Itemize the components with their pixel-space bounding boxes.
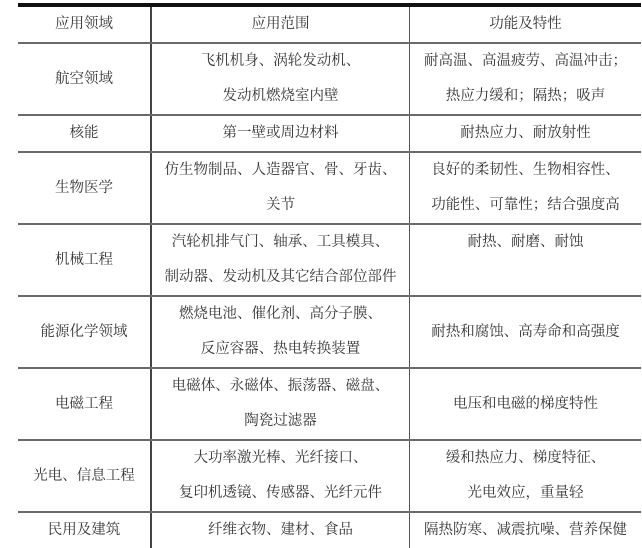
scope-cell: 电磁体、永磁体、振荡器、磁盘、 陶瓷过滤器 [151, 368, 410, 440]
field-cell: 核能 [18, 115, 151, 152]
table-header-row: 应用领域 应用范围 功能及特性 [18, 5, 641, 43]
scope-cell: 汽轮机排气门、轴承、工具模具、 制动器、发动机及其它结合部位部件 [151, 224, 410, 296]
features-cell: 隔热防寒、减震抗噪、营养保健 [410, 512, 642, 548]
features-cell: 耐高温、高温疲劳、高温冲击； 热应力缓和；隔热；吸声 [410, 43, 642, 115]
features-cell: 良好的柔韧性、生物相容性、 功能性、可靠性；结合强度高 [410, 152, 642, 224]
field-cell: 生物医学 [18, 152, 151, 224]
features-cell: 耐热、耐磨、耐蚀 [410, 224, 642, 296]
applications-table: 应用领域 应用范围 功能及特性 航空领域 飞机机身、涡轮发动机、 发动机燃烧室内… [18, 3, 641, 548]
scope-cell: 第一壁或周边材料 [151, 115, 410, 152]
features-cell: 耐热和腐蚀、高寿命和高强度 [410, 296, 642, 368]
header-scope: 应用范围 [151, 5, 410, 43]
scope-cell: 纤维衣物、建材、食品 [151, 512, 410, 548]
field-cell: 机械工程 [18, 224, 151, 296]
features-cell: 耐热应力、耐放射性 [410, 115, 642, 152]
field-cell: 航空领域 [18, 43, 151, 115]
table-row: 核能 第一壁或周边材料 耐热应力、耐放射性 [18, 115, 641, 152]
table-row: 光电、信息工程 大功率激光棒、光纤接口、 复印机透镜、传感器、光纤元件 缓和热应… [18, 440, 641, 512]
header-features: 功能及特性 [410, 5, 642, 43]
field-cell: 民用及建筑 [18, 512, 151, 548]
scope-cell: 燃烧电池、催化剂、高分子膜、 反应容器、热电转换装置 [151, 296, 410, 368]
field-cell: 能源化学领域 [18, 296, 151, 368]
field-cell: 电磁工程 [18, 368, 151, 440]
field-cell: 光电、信息工程 [18, 440, 151, 512]
scope-cell: 仿生物制品、人造器官、骨、牙齿、 关节 [151, 152, 410, 224]
scope-cell: 大功率激光棒、光纤接口、 复印机透镜、传感器、光纤元件 [151, 440, 410, 512]
table-row: 电磁工程 电磁体、永磁体、振荡器、磁盘、 陶瓷过滤器 电压和电磁的梯度特性 [18, 368, 641, 440]
table-row: 航空领域 飞机机身、涡轮发动机、 发动机燃烧室内壁 耐高温、高温疲劳、高温冲击；… [18, 43, 641, 115]
table-row: 能源化学领域 燃烧电池、催化剂、高分子膜、 反应容器、热电转换装置 耐热和腐蚀、… [18, 296, 641, 368]
table-row: 机械工程 汽轮机排气门、轴承、工具模具、 制动器、发动机及其它结合部位部件 耐热… [18, 224, 641, 296]
table-row: 生物医学 仿生物制品、人造器官、骨、牙齿、 关节 良好的柔韧性、生物相容性、 功… [18, 152, 641, 224]
features-cell: 电压和电磁的梯度特性 [410, 368, 642, 440]
features-cell: 缓和热应力、梯度特征、 光电效应，重量轻 [410, 440, 642, 512]
scope-cell: 飞机机身、涡轮发动机、 发动机燃烧室内壁 [151, 43, 410, 115]
header-field: 应用领域 [18, 5, 151, 43]
table-row: 民用及建筑 纤维衣物、建材、食品 隔热防寒、减震抗噪、营养保健 [18, 512, 641, 548]
